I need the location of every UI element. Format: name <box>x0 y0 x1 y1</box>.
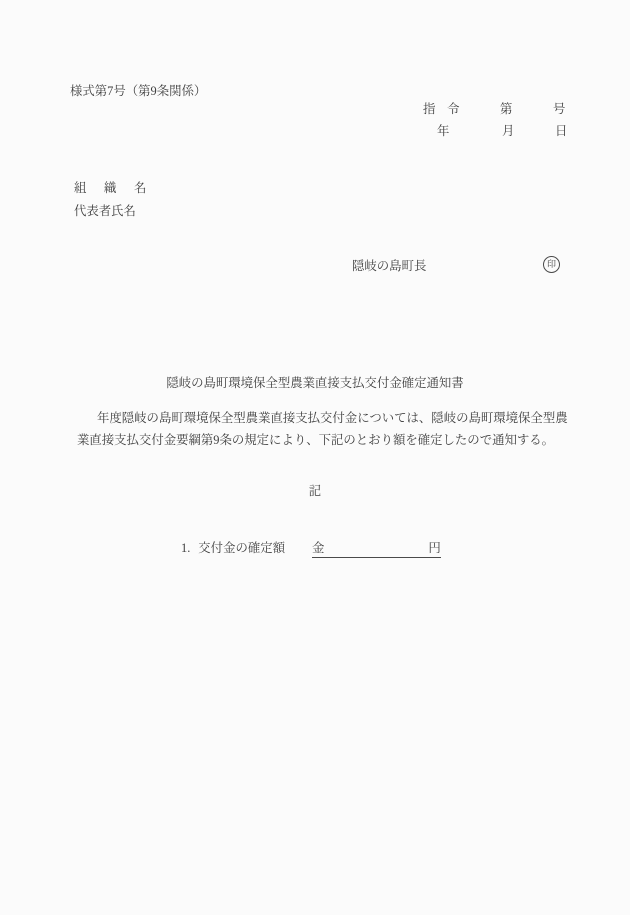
amount-prefix-label: 金 <box>312 541 324 556</box>
date-month-label: 月 <box>502 124 514 139</box>
document-page: 様式第7号（第9条関係） 指 令 第 号 年 月 日 組 織 名 代表者氏名 隠… <box>0 0 630 915</box>
item-1-line: 1.交付金の確定額 <box>181 541 285 556</box>
directive-no-label: 第 <box>500 102 512 117</box>
directive-token-rei: 令 <box>447 102 459 117</box>
mayor-signature-label: 隠岐の島町長 <box>352 259 426 274</box>
item-1-number: 1. <box>181 541 190 555</box>
item-1-label: 交付金の確定額 <box>198 541 285 555</box>
body-paragraph-line-1: 年度隠岐の島町環境保全型農業直接支払交付金については、隠岐の島町環境保全型農 <box>77 407 568 429</box>
body-paragraph: 年度隠岐の島町環境保全型農業直接支払交付金については、隠岐の島町環境保全型農 業… <box>77 407 568 451</box>
amount-field: 金 円 <box>312 541 441 558</box>
body-paragraph-line-2: 業直接支払交付金要綱第9条の規定により、下記のとおり額を確定したので通知する。 <box>77 429 568 451</box>
date-year-label: 年 <box>437 124 449 139</box>
seal-icon: 印 <box>543 256 560 273</box>
document-title: 隠岐の島町環境保全型農業直接支払交付金確定通知書 <box>0 376 630 391</box>
record-marker: 記 <box>0 484 630 499</box>
representative-name-label: 代表者氏名 <box>74 204 136 219</box>
organization-name-label: 組 織 名 <box>74 181 149 196</box>
amount-suffix-label: 円 <box>428 541 440 556</box>
seal-char: 印 <box>547 260 556 269</box>
amount-blank-field <box>324 555 428 556</box>
directive-token-shi: 指 <box>423 102 435 117</box>
form-number: 様式第7号（第9条関係） <box>70 84 206 99</box>
directive-gou-label: 号 <box>553 102 565 117</box>
date-day-label: 日 <box>555 124 567 139</box>
